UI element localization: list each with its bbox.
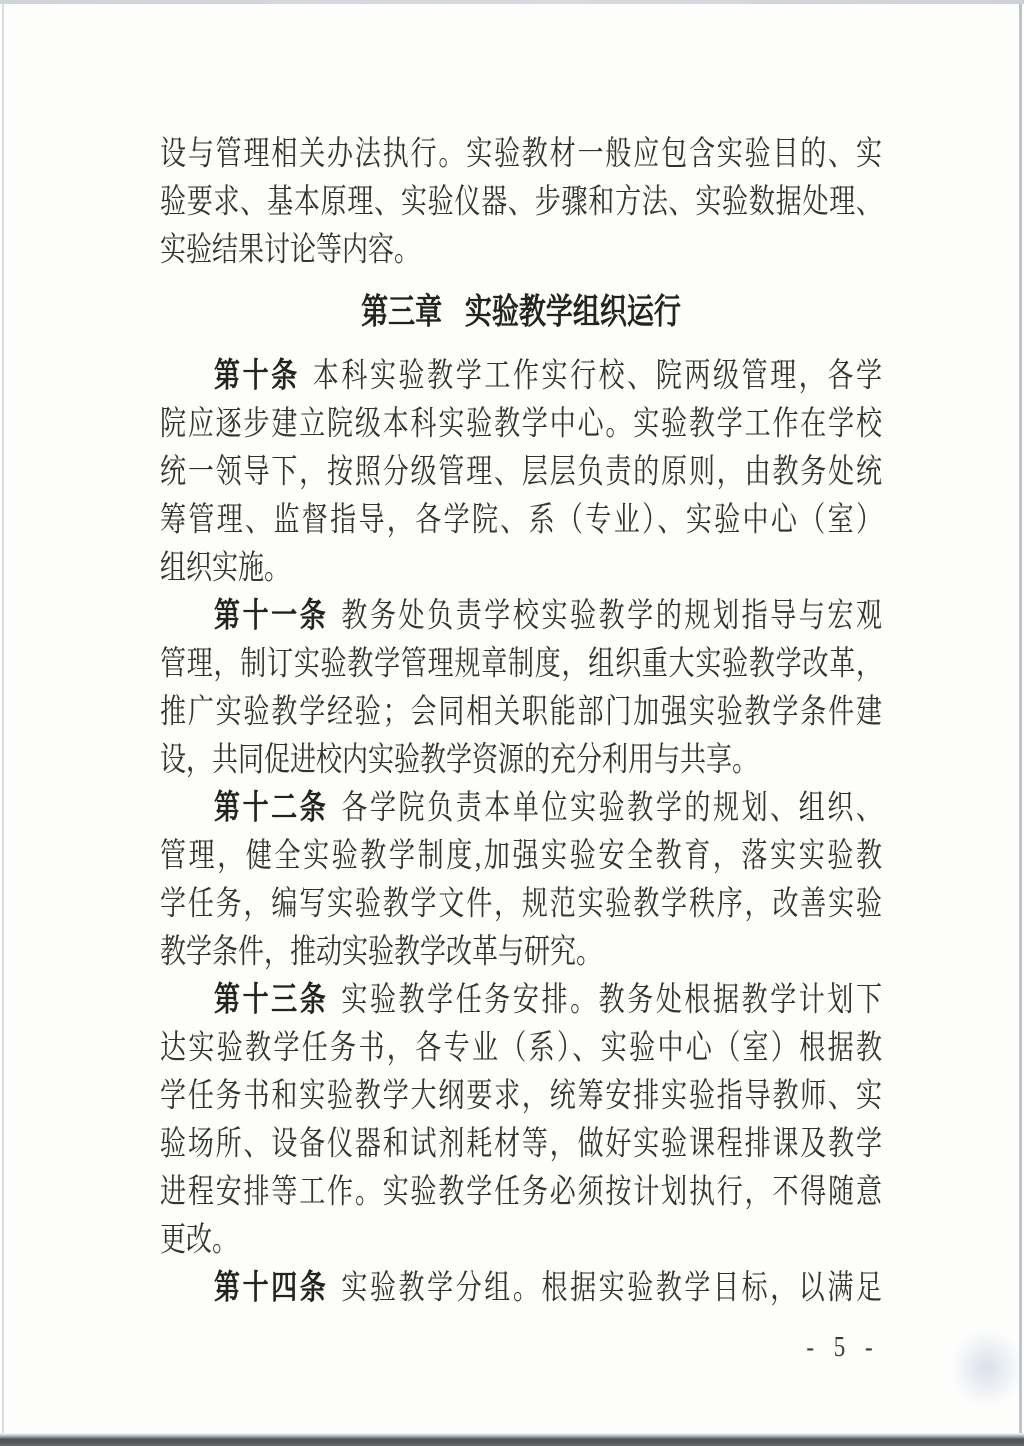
article-label: 第十四条 (214, 1269, 328, 1307)
article-text: 实验教学任务安排。教务处根据教学计划下 (341, 981, 882, 1019)
scan-artifact-blue-smudge (950, 1328, 1024, 1408)
article-text: 教务处负责学校实验教学的规划指导与宏观 (341, 597, 882, 635)
document-page: 设与管理相关办法执行。实验教材一般应包含实验目的、实 验要求、基本原理、实验仪器… (0, 0, 1024, 1446)
scan-artifact-right-line (1019, 4, 1022, 1442)
text-line: 第十四条实验教学分组。根据实验教学目标，以满足 (160, 1257, 882, 1319)
article-label: 第十二条 (214, 789, 328, 827)
scan-artifact-left-line (2, 4, 4, 1442)
chapter-heading: 第三章 实验教学组织运行 (160, 281, 882, 343)
page-number: - 5 - (788, 1326, 898, 1369)
scan-artifact-top-strip (0, 0, 1024, 4)
scan-artifact-bottom-band (0, 1433, 1024, 1446)
article-label: 第十条 (214, 357, 300, 395)
text-line: 实验结果讨论等内容。 (160, 219, 882, 281)
document-body: 设与管理相关办法执行。实验教材一般应包含实验目的、实 验要求、基本原理、实验仪器… (160, 130, 882, 1312)
article-label: 第十一条 (214, 597, 328, 635)
article-label: 第十三条 (214, 981, 328, 1019)
article-text: 本科实验教学工作实行校、院两级管理，各学 (313, 357, 882, 395)
article-text: 各学院负责本单位实验教学的规划、组织、 (341, 789, 882, 827)
article-text: 实验教学分组。根据实验教学目标，以满足 (341, 1269, 882, 1307)
